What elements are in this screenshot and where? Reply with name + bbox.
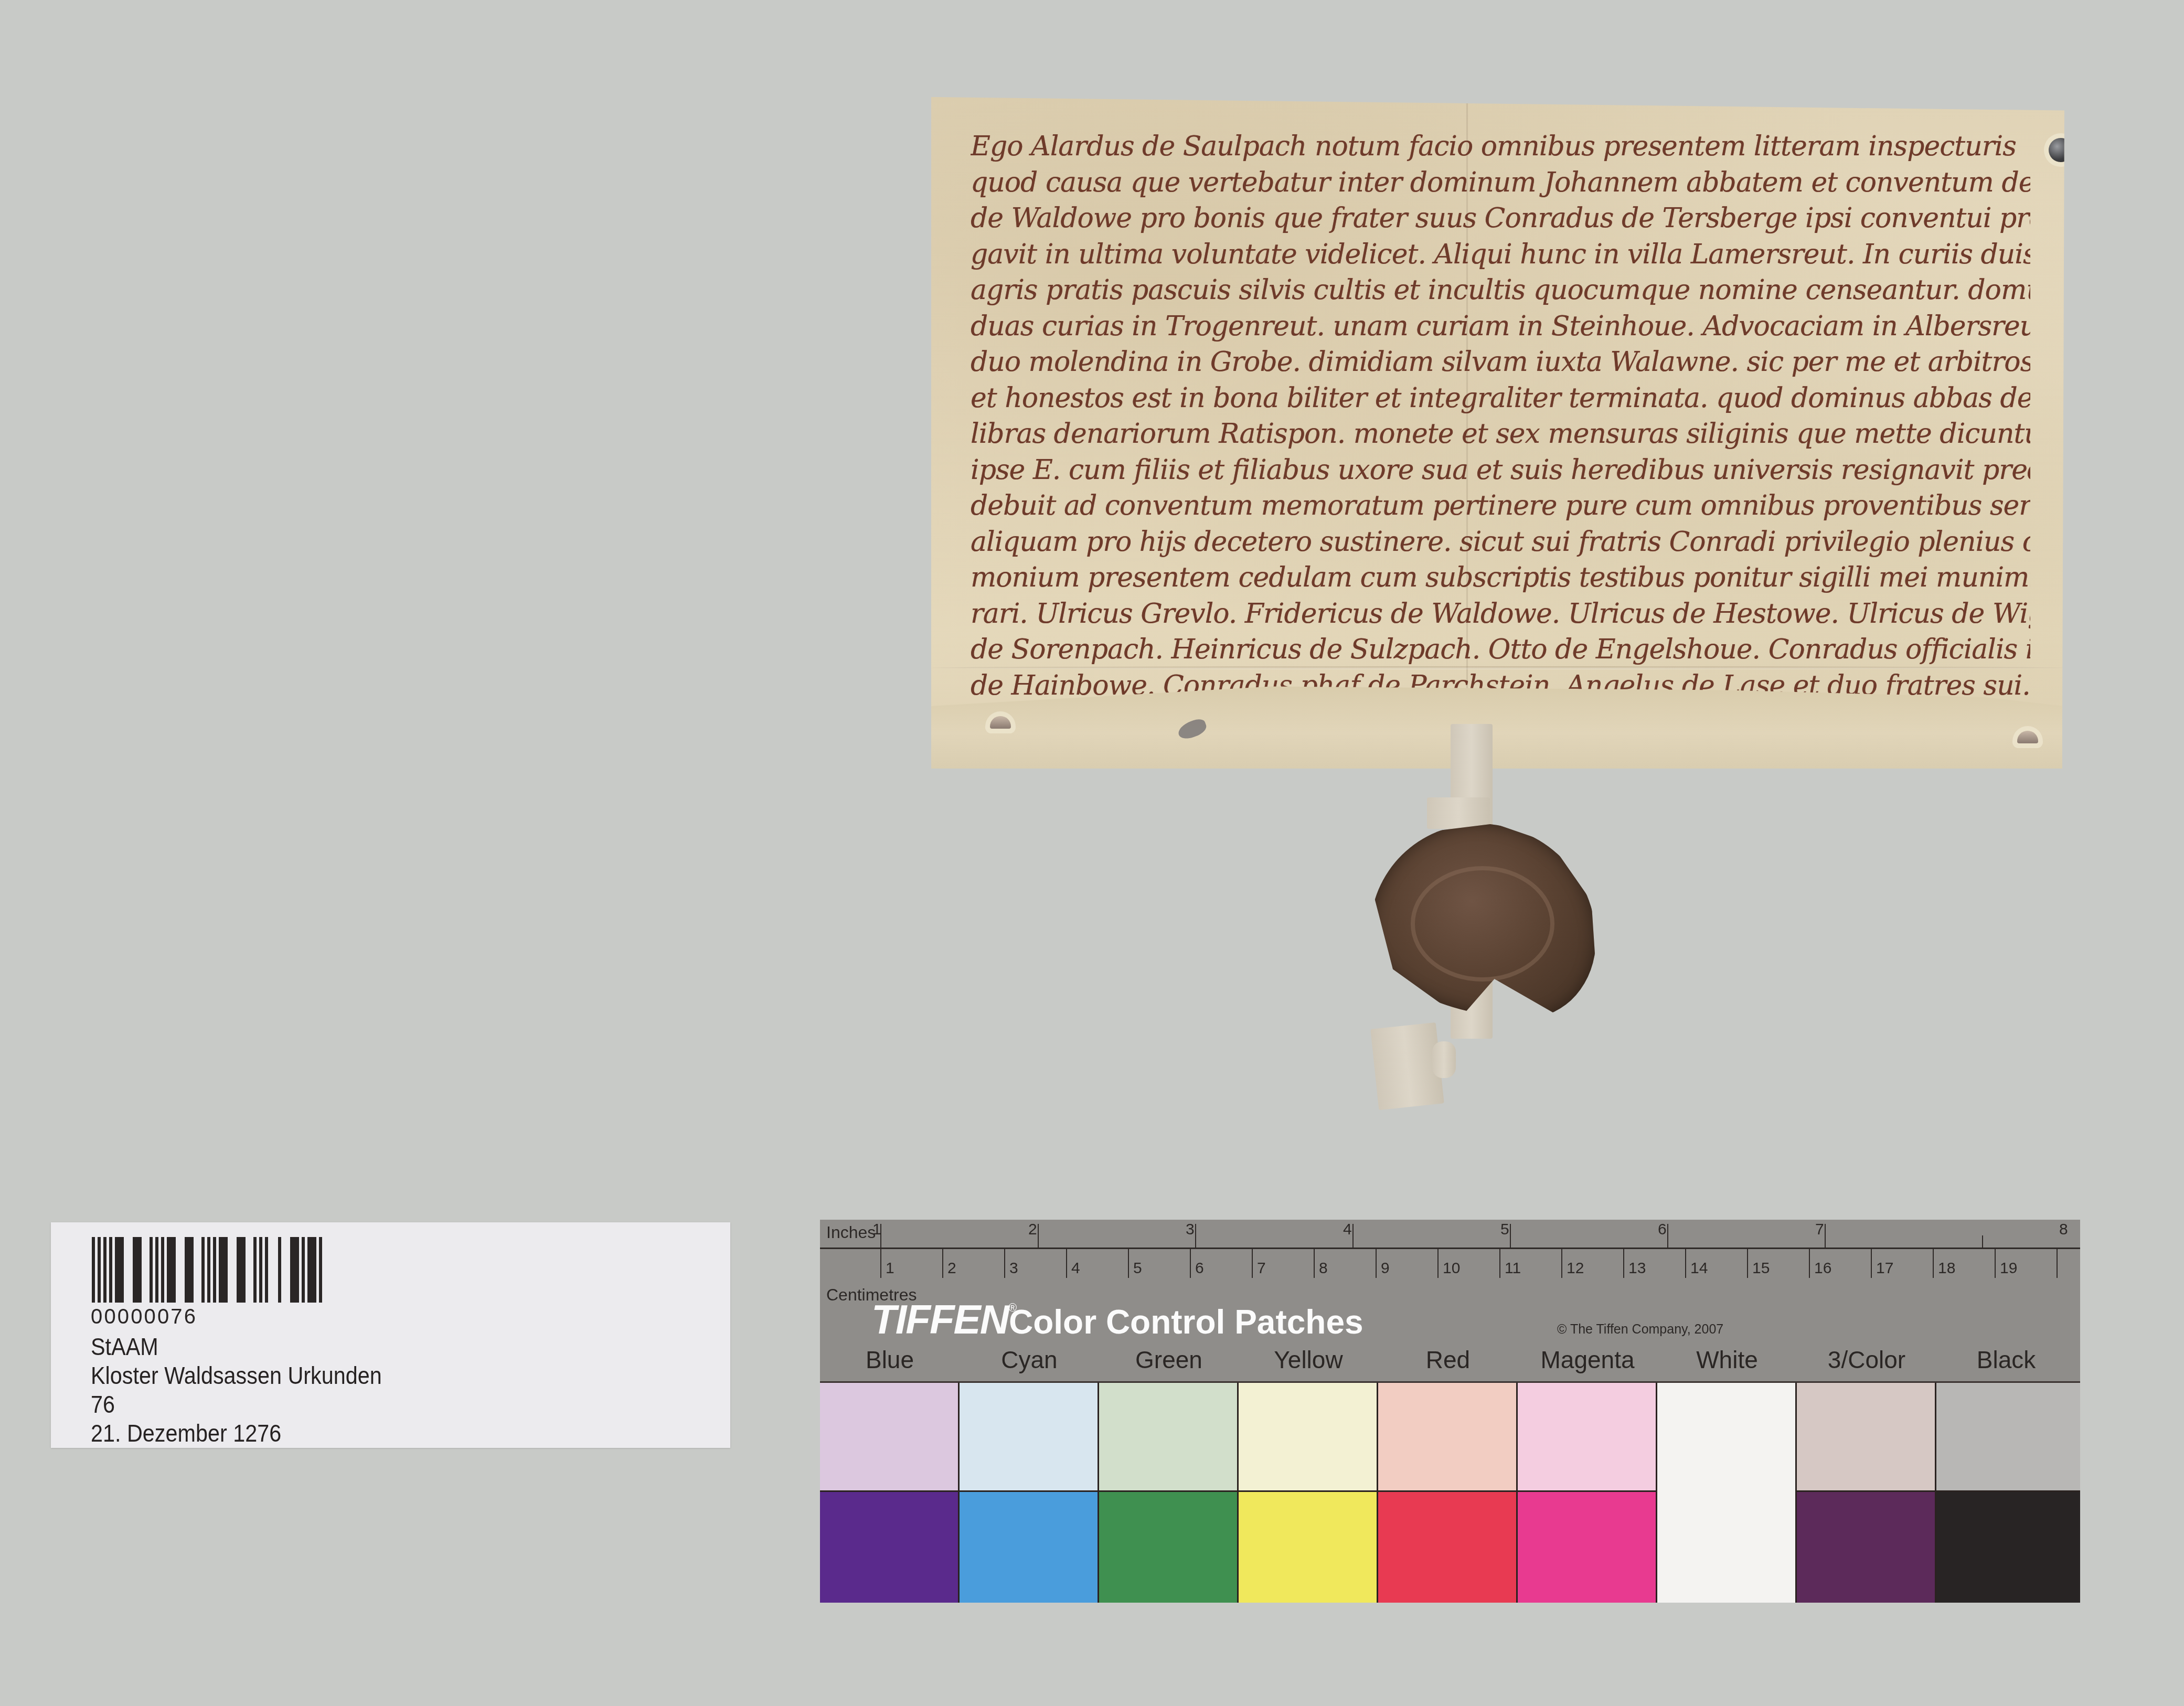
- patch-label-yellow: Yellow: [1239, 1346, 1378, 1374]
- seal-effigy: [1411, 866, 1554, 982]
- charter-line: monium presentem cedulam cum subscriptis…: [971, 560, 2030, 596]
- cm-tick-label: 7: [1257, 1261, 1266, 1276]
- cm-tick-label: 19: [2000, 1261, 2017, 1276]
- patch-red-light: [1378, 1383, 1518, 1490]
- cm-tick-label: 11: [1505, 1261, 1521, 1276]
- archive-label: 0 0 0 0 0 0 7 6 StAAM Kloster Waldsassen…: [51, 1222, 730, 1448]
- barcode-digit: 0: [91, 1305, 102, 1329]
- charter-line: et honestos est in bona biliter et integ…: [971, 380, 2030, 417]
- inch-tick-label: 3: [1186, 1222, 1195, 1238]
- wax-seal: [1370, 824, 1596, 1018]
- ruler-tick: [1667, 1224, 1668, 1247]
- charter-line: duo molendina in Grobe. dimidiam silvam …: [971, 344, 2030, 380]
- archive-name: StAAM: [91, 1334, 158, 1359]
- charter-line: ipse E. cum filiis et filiabus uxore sua…: [971, 452, 2030, 488]
- patch-blue-dark: [820, 1490, 960, 1603]
- patch-red-dark: [1378, 1490, 1518, 1603]
- patch-3color-light: [1797, 1383, 1936, 1490]
- cm-tick-label: 6: [1195, 1261, 1204, 1276]
- inch-tick-label: 1: [872, 1222, 881, 1238]
- cm-tick-label: 13: [1628, 1261, 1646, 1276]
- patch-label-black: Black: [1936, 1346, 2076, 1374]
- barcode-digit: 0: [104, 1305, 115, 1329]
- ruler-tick: [1352, 1224, 1354, 1247]
- cm-tick-label: 10: [1443, 1261, 1460, 1276]
- barcode-digit: 6: [184, 1305, 196, 1329]
- copyright-notice: © The Tiffen Company, 2007: [1557, 1322, 1723, 1337]
- patch-cyan-dark: [960, 1490, 1099, 1603]
- barcode-digit: 0: [131, 1305, 142, 1329]
- patch-blue-light: [820, 1383, 960, 1490]
- plica-fold-line: [931, 666, 2064, 669]
- charter-line: libras denariorum Ratispon. monete et se…: [971, 416, 2030, 452]
- patch-3color-dark: [1797, 1490, 1936, 1603]
- charter-line: duas curias in Trogenreut. unam curiam i…: [971, 308, 2030, 345]
- patch-green-light: [1099, 1383, 1239, 1490]
- charter-text: Ego Alardus de Saulpach notum facio omni…: [971, 129, 2030, 775]
- charter-line: de Waldowe pro bonis que frater suus Con…: [971, 200, 2030, 237]
- cm-tick-label: 17: [1876, 1261, 1893, 1276]
- cm-tick-label: 2: [947, 1261, 956, 1276]
- charter-line: rari. Ulricus Grevlo. Fridericus de Wald…: [971, 596, 2030, 632]
- color-control-chart: Inches Centimetres 1 2 3 4 5 6 7 8 1 2 3…: [820, 1220, 2080, 1603]
- patch-label-blue: Blue: [820, 1346, 960, 1374]
- ruler-tick: [1510, 1224, 1511, 1247]
- inch-tick-label: 5: [1500, 1222, 1509, 1238]
- patch-magenta-dark: [1518, 1490, 1657, 1603]
- charter-line: debuit ad conventum memoratum pertinere …: [971, 488, 2030, 524]
- tiffen-logo: TIFFEN®: [871, 1296, 1016, 1344]
- cm-tick-label: 15: [1752, 1261, 1770, 1276]
- patch-white: [1657, 1383, 1797, 1603]
- cm-tick-label: 18: [1938, 1261, 1955, 1276]
- charter-line: agris pratis pascuis silvis cultis et in…: [971, 272, 2030, 308]
- collection-name: Kloster Waldsassen Urkunden: [91, 1363, 382, 1388]
- seal-strap-end: [1432, 1041, 1456, 1078]
- patch-black-dark: [1936, 1490, 2080, 1603]
- patch-label-magenta: Magenta: [1518, 1346, 1657, 1374]
- chart-header: Inches Centimetres 1 2 3 4 5 6 7 8 1 2 3…: [820, 1220, 2080, 1383]
- cm-tick-label: 16: [1814, 1261, 1831, 1276]
- barcode-digit: 0: [157, 1305, 169, 1329]
- charter-line: Ego Alardus de Saulpach notum facio omni…: [971, 129, 2030, 165]
- cm-tick-label: 9: [1381, 1261, 1390, 1276]
- barcode-digit: 0: [144, 1305, 156, 1329]
- chart-title: Color Control Patches: [1009, 1303, 1363, 1341]
- patch-yellow-dark: [1239, 1490, 1378, 1603]
- inch-ruler: Inches: [820, 1220, 2080, 1249]
- patch-label-red: Red: [1378, 1346, 1518, 1374]
- inch-tick-label: 8: [2059, 1222, 2068, 1238]
- inch-tick-label: 7: [1815, 1222, 1824, 1238]
- patch-green-dark: [1099, 1490, 1239, 1603]
- patch-black-light: [1936, 1383, 2080, 1490]
- ruler-tick: [1825, 1224, 1826, 1247]
- cm-tick-label: 5: [1133, 1261, 1142, 1276]
- seal-strap-loop: [1427, 797, 1490, 829]
- document-date: 21. Dezember 1276: [91, 1421, 281, 1445]
- patch-cyan-light: [960, 1383, 1099, 1490]
- charter-line: aliquam pro hijs decetero sustinere. sic…: [971, 524, 2030, 560]
- barcode-digit: 0: [118, 1305, 129, 1329]
- barcode-icon: [92, 1237, 325, 1303]
- ruler-tick: [1038, 1224, 1039, 1247]
- charter-line: de Sorenpach. Heinricus de Sulzpach. Ott…: [971, 632, 2030, 668]
- inch-tick-label: 4: [1343, 1222, 1352, 1238]
- cm-tick-label: 4: [1071, 1261, 1080, 1276]
- patch-label-white: White: [1657, 1346, 1797, 1374]
- brand-name: TIFFEN: [871, 1296, 1008, 1342]
- charter-line: quod causa que vertebatur inter dominum …: [971, 165, 2030, 201]
- ruler-tick: [1982, 1235, 1983, 1247]
- patch-magenta-light: [1518, 1383, 1657, 1490]
- cm-tick-label: 3: [1009, 1261, 1018, 1276]
- cm-tick-label: 14: [1690, 1261, 1708, 1276]
- patch-label-3color: 3/Color: [1797, 1346, 1936, 1374]
- inch-tick-label: 6: [1658, 1222, 1667, 1238]
- charter-parchment: Ego Alardus de Saulpach notum facio omni…: [931, 97, 2064, 769]
- cm-tick-label: 12: [1567, 1261, 1584, 1276]
- inch-tick-label: 2: [1028, 1222, 1037, 1238]
- barcode-number: 0 0 0 0 0 0 7 6: [91, 1305, 196, 1329]
- patch-label-cyan: Cyan: [960, 1346, 1099, 1374]
- cm-tick-label: 1: [886, 1261, 894, 1276]
- mounting-rivet-icon: [2049, 138, 2073, 162]
- patch-label-green: Green: [1099, 1346, 1239, 1374]
- document-number: 76: [91, 1392, 115, 1416]
- inches-label: Inches: [826, 1223, 876, 1242]
- patch-yellow-light: [1239, 1383, 1378, 1490]
- cm-tick-label: 8: [1319, 1261, 1328, 1276]
- ruler-tick: [1195, 1224, 1196, 1247]
- charter-line: gavit in ultima voluntate videlicet. Ali…: [971, 237, 2030, 273]
- barcode-digit: 7: [171, 1305, 182, 1329]
